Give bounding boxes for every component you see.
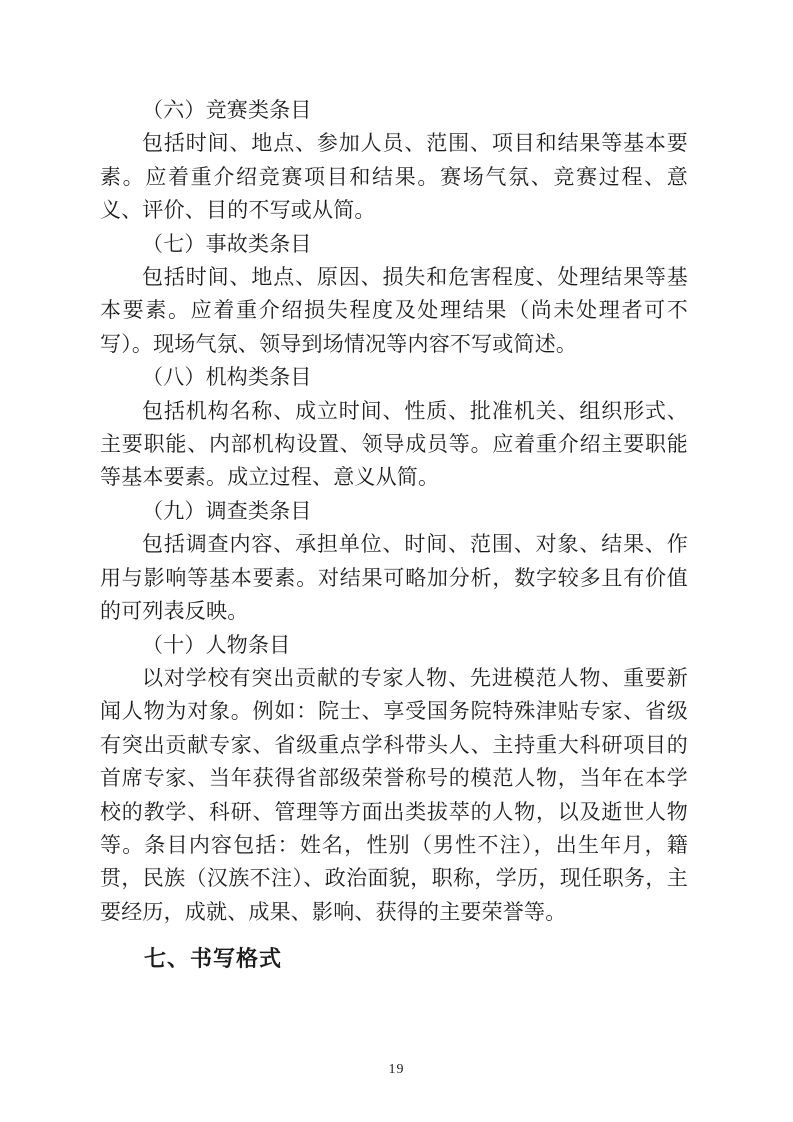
paragraph: 包括调查内容、承担单位、时间、范围、对象、结果、作用与影响等基本要素。对结果可略…: [100, 528, 688, 628]
paragraph: 以对学校有突出贡献的专家人物、先进模范人物、重要新闻人物为对象。例如：院士、享受…: [100, 662, 688, 929]
section-heading: 七、书写格式: [100, 942, 688, 975]
sub-heading: （八）机构类条目: [100, 361, 688, 394]
paragraph: 包括时间、地点、原因、损失和危害程度、处理结果等基本要素。应着重介绍损失程度及处…: [100, 261, 688, 361]
sub-heading: （七）事故类条目: [100, 228, 688, 261]
page-footer: 19: [0, 1060, 793, 1078]
paragraph: 包括机构名称、成立时间、性质、批准机关、组织形式、主要职能、内部机构设置、领导成…: [100, 395, 688, 495]
paragraph: 包括时间、地点、参加人员、范围、项目和结果等基本要素。应着重介绍竞赛项目和结果。…: [100, 127, 688, 227]
sub-heading: （九）调查类条目: [100, 495, 688, 528]
document-page: （六）竞赛类条目包括时间、地点、参加人员、范围、项目和结果等基本要素。应着重介绍…: [0, 0, 793, 1122]
sub-heading: （六）竞赛类条目: [100, 94, 688, 127]
document-body: （六）竞赛类条目包括时间、地点、参加人员、范围、项目和结果等基本要素。应着重介绍…: [100, 94, 688, 976]
sub-heading: （十）人物条目: [100, 629, 688, 662]
page-number: 19: [389, 1062, 405, 1077]
